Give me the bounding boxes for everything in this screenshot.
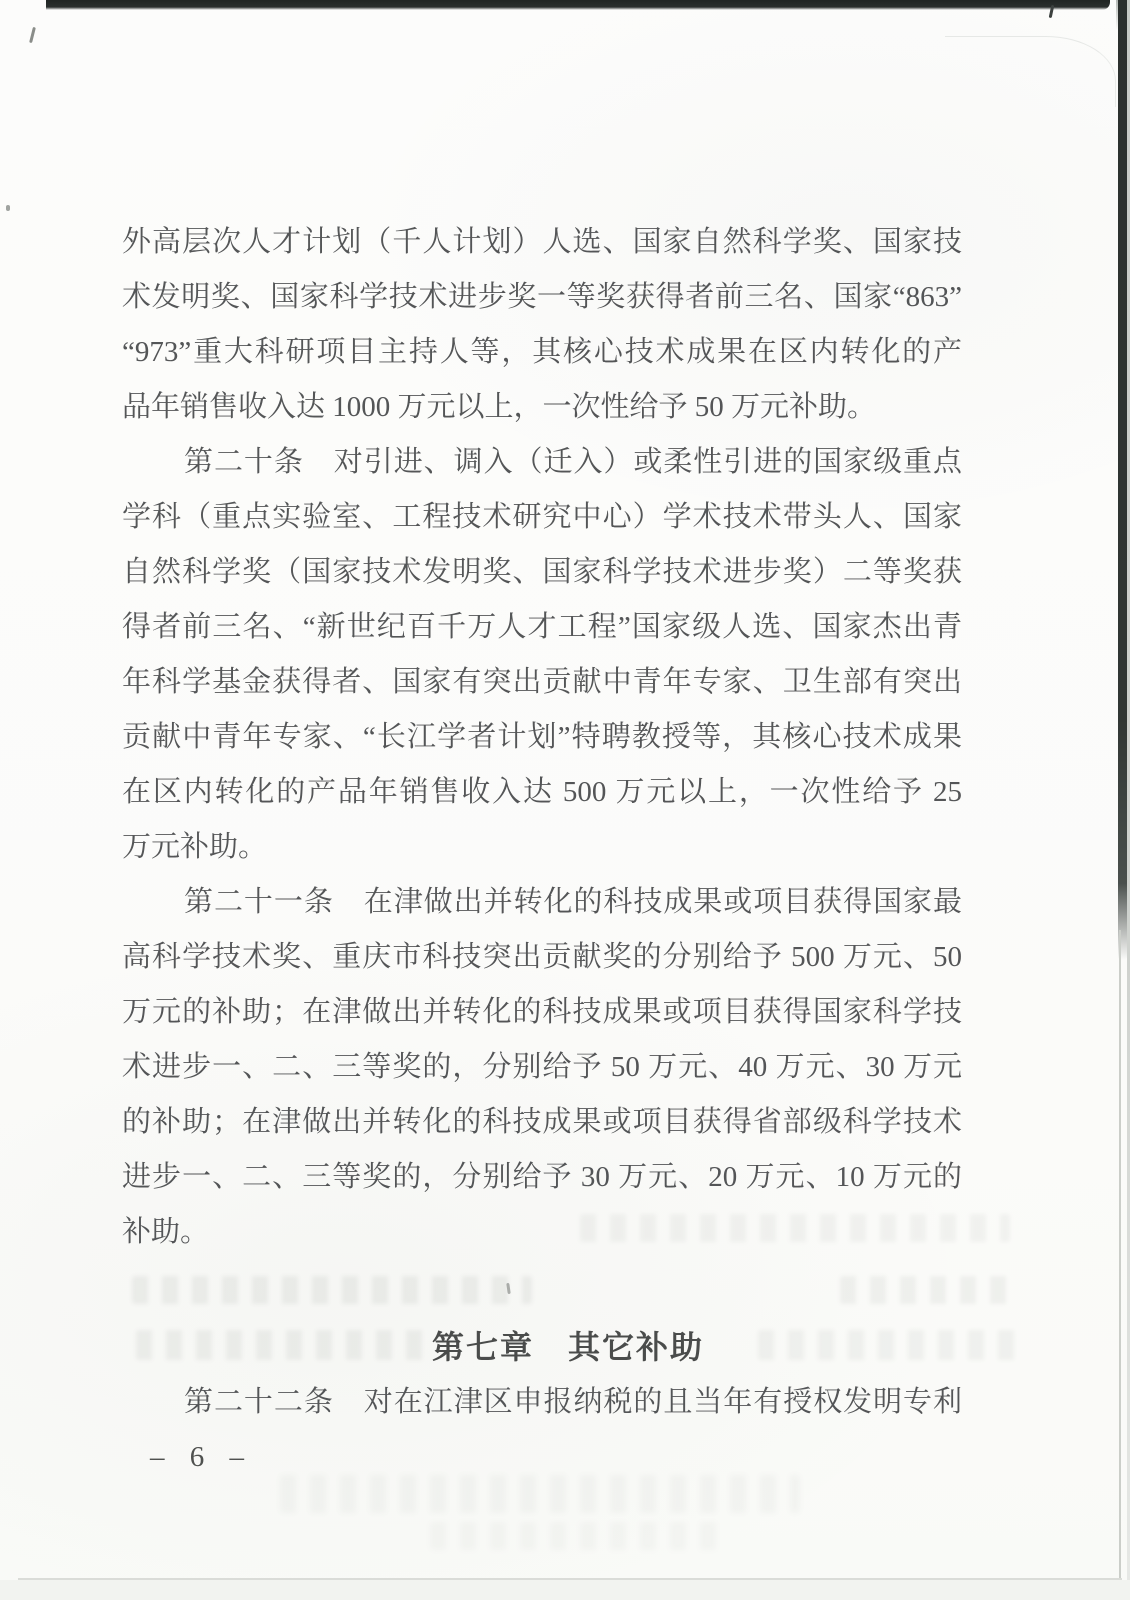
document-line: 补助。 — [122, 1205, 962, 1260]
article-21-line: 第二十一条 在津做出并转化的科技成果或项目获得国家最 — [122, 875, 962, 930]
document-line: “973”重大科研项目主持人等，其核心技术成果在区内转化的产 — [122, 325, 962, 380]
document-line: 术发明奖、国家科学技术进步奖一等奖获得者前三名、国家“863” — [122, 270, 962, 325]
page-number: – 6 – — [150, 1441, 248, 1474]
document-line: 进步一、二、三等奖的，分别给予 30 万元、20 万元、10 万元的 — [122, 1150, 962, 1205]
scan-edge-right — [1118, 0, 1127, 960]
document-line: 自然科学奖（国家技术发明奖、国家科学技术进步奖）二等奖获 — [122, 545, 962, 600]
document-line: 学科（重点实验室、工程技术研究中心）学术技术带头人、国家 — [122, 490, 962, 545]
article-22-line: 第二十二条 对在江津区申报纳税的且当年有授权发明专利 — [122, 1375, 962, 1430]
document-line: 年科学基金获得者、国家有突出贡献中青年专家、卫生部有突出 — [122, 655, 962, 710]
ink-bleed-ghost — [430, 1522, 730, 1550]
document-line: 高科学技术奖、重庆市科技突出贡献奖的分别给予 500 万元、50 — [122, 930, 962, 985]
scanner-backing — [0, 1580, 1130, 1600]
document-line: 品年销售收入达 1000 万元以上，一次性给予 50 万元补助。 — [122, 380, 962, 435]
chapter-heading: 第七章 其它补助 — [122, 1320, 962, 1375]
document-line: 得者前三名、“新世纪百千万人才工程”国家级人选、国家杰出青 — [122, 600, 962, 655]
document-line: 万元的补助；在津做出并转化的科技成果或项目获得国家科学技 — [122, 985, 962, 1040]
article-20-line: 第二十条 对引进、调入（迁入）或柔性引进的国家级重点 — [122, 435, 962, 490]
document-body: 外高层次人才计划（千人计划）人选、国家自然科学奖、国家技 术发明奖、国家科学技术… — [122, 215, 962, 1430]
document-line: 万元补助。 — [122, 820, 962, 875]
paper-corner-edge — [945, 36, 1116, 107]
document-line: 外高层次人才计划（千人计划）人选、国家自然科学奖、国家技 — [122, 215, 962, 270]
document-line: 贡献中青年专家、“长江学者计划”特聘教授等，其核心技术成果 — [122, 710, 962, 765]
ink-bleed-ghost — [280, 1475, 800, 1513]
scan-speck — [6, 205, 10, 211]
document-line: 术进步一、二、三等奖的，分别给予 50 万元、40 万元、30 万元 — [122, 1040, 962, 1095]
document-line: 的补助；在津做出并转化的科技成果或项目获得省部级科学技术 — [122, 1095, 962, 1150]
scanned-document-page: 外高层次人才计划（千人计划）人选、国家自然科学奖、国家技 术发明奖、国家科学技术… — [0, 0, 1130, 1600]
scan-speck — [29, 27, 36, 43]
scan-edge-right-thin — [1119, 930, 1121, 1585]
scan-edge-top — [46, 0, 1110, 10]
document-line: 在区内转化的产品年销售收入达 500 万元以上，一次性给予 25 — [122, 765, 962, 820]
